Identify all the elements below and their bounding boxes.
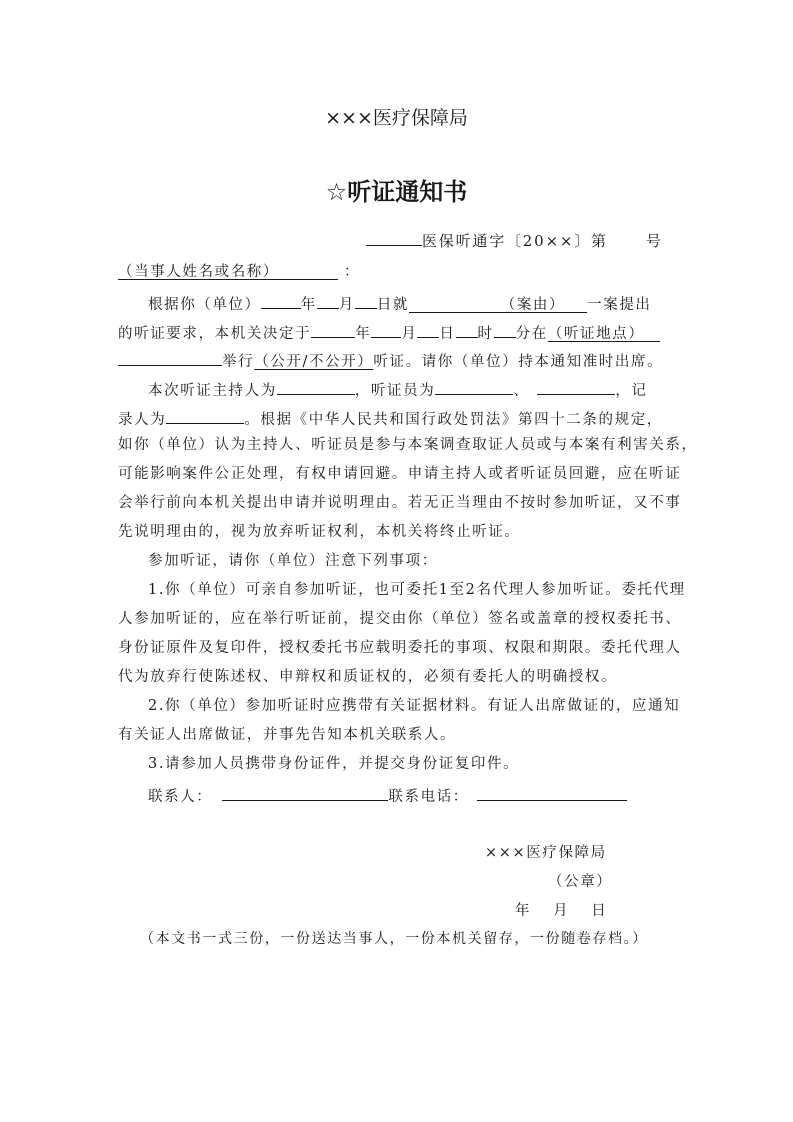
contact-phone-field[interactable] <box>477 783 627 801</box>
text: 分在 <box>516 326 548 342</box>
case-cause-label: （案由） <box>501 297 565 313</box>
date-year-label: 年 <box>515 903 531 919</box>
contact-person-field[interactable] <box>222 783 388 801</box>
item3-line1: 3.请参加人员携带身份证件，并提交身份证复印件。 <box>118 754 708 774</box>
para2-line5: 会举行前向本机关提出申请并说明理由。若无正当理由不按时参加听证，又不事 <box>118 493 678 513</box>
document-page: ×××医疗保障局 ☆听证通知书 医保听通字〔20××〕第号 （当事人姓名或名称）… <box>0 0 793 1122</box>
para2-line6: 先说明理由的，视为放弃听证权利，本机关将终止听证。 <box>118 522 678 542</box>
text: 举行 <box>222 354 254 370</box>
request-day-field[interactable] <box>355 291 377 309</box>
document-number: 医保听通字〔20××〕第号 <box>366 228 663 251</box>
document-title: ☆听证通知书 <box>0 172 793 207</box>
text: 的听证要求，本机关决定于 <box>118 326 311 342</box>
request-year-field[interactable] <box>261 291 301 309</box>
date-day-label: 日 <box>591 903 607 919</box>
item1-line1: 1.你（单位）可亲自参加听证，也可委托1至2名代理人参加听证。委托代理 <box>118 580 708 600</box>
case-cause-field[interactable]: （案由） <box>409 295 587 313</box>
hearing-day-field[interactable] <box>417 320 439 338</box>
hearing-year-field[interactable] <box>311 320 355 338</box>
text: 本次听证主持人为 <box>148 383 277 399</box>
text: 听证。请你（单位）持本通知准时出席。 <box>373 354 663 370</box>
request-month-field[interactable] <box>317 291 339 309</box>
hearing-place-label: （听证地点） <box>548 326 645 342</box>
hearing-place-field-cont[interactable] <box>118 348 222 366</box>
hearing-officer-2-field[interactable] <box>537 377 615 395</box>
para1-line2: 的听证要求，本机关决定于年月日时分在（听证地点） <box>118 320 678 344</box>
recorder-field[interactable] <box>166 406 244 424</box>
para2-line3: 如你（单位）认为主持人、听证员是参与本案调查取证人员或与本案有利害关系， <box>118 435 678 455</box>
addressee-field[interactable]: （当事人姓名或名称） <box>118 262 338 280</box>
hearing-hour-field[interactable] <box>456 320 478 338</box>
doc-prefix-field[interactable] <box>366 228 422 246</box>
item2-line2: 有关证人出席做证，并事先告知本机关联系人。 <box>118 725 678 745</box>
public-option-field[interactable]: （公开/不公开） <box>254 354 373 370</box>
text: 月 <box>401 326 417 342</box>
signature-date: 年月日 <box>515 899 607 920</box>
text: 日 <box>439 326 455 342</box>
doc-number-suffix: 号 <box>646 232 663 250</box>
item1-line2: 人参加听证的，应在举行听证前，提交由你（单位）签名或盖章的授权委托书、 <box>118 609 678 629</box>
text: 。根据《中华人民共和国行政处罚法》第四十二条的规定， <box>244 412 663 428</box>
presider-field[interactable] <box>277 377 355 395</box>
para2-line1: 本次听证主持人为，听证员为、，记 <box>118 377 708 401</box>
doc-number-text: 医保听通字〔20××〕第 <box>422 232 608 250</box>
text: 年 <box>301 297 317 313</box>
contact-line: 联系人：联系电话： <box>118 783 708 807</box>
copies-footnote: （本文书一式三份，一份送达当事人，一份本机关留存，一份随卷存档。） <box>140 928 648 948</box>
para1-line1: 根据你（单位）年月日就（案由）一案提出 <box>118 291 708 315</box>
contact-phone-label: 联系电话： <box>388 789 469 805</box>
signature-agency: ×××医疗保障局 <box>485 841 607 862</box>
text: 录人为 <box>118 412 166 428</box>
agency-header: ×××医疗保障局 <box>0 103 793 130</box>
hearing-officer-1-field[interactable] <box>435 377 513 395</box>
hearing-place-field[interactable]: （听证地点） <box>548 324 660 342</box>
addressee-colon: ： <box>344 264 360 280</box>
hearing-minute-field[interactable] <box>494 320 516 338</box>
signature-seal: （公章） <box>548 870 612 891</box>
text: 一案提出 <box>587 297 651 313</box>
para2-line2: 录人为。根据《中华人民共和国行政处罚法》第四十二条的规定， <box>118 406 678 430</box>
text: ，听证员为 <box>355 383 436 399</box>
notice-intro: 参加听证，请你（单位）注意下列事项： <box>118 551 708 571</box>
para1-line3: 举行（公开/不公开）听证。请你（单位）持本通知准时出席。 <box>118 348 678 372</box>
text: 月 <box>339 297 355 313</box>
date-month-label: 月 <box>553 903 569 919</box>
text: 年 <box>355 326 371 342</box>
hearing-month-field[interactable] <box>371 320 401 338</box>
para2-line4: 可能影响案件公正处理，有权申请回避。申请主持人或者听证员回避，应在听证 <box>118 464 678 484</box>
text: 根据你（单位） <box>148 297 261 313</box>
contact-person-label: 联系人： <box>148 789 212 805</box>
text: 时 <box>478 326 494 342</box>
addressee-line: （当事人姓名或名称）： <box>118 262 678 282</box>
text: 日就 <box>377 297 409 313</box>
item1-line3: 身份证原件及复印件，授权委托书应载明委托的事项、权限和期限。委托代理人 <box>118 638 678 658</box>
addressee-label: （当事人姓名或名称） <box>118 264 279 280</box>
item2-line1: 2.你（单位）参加听证时应携带有关证据材料。有证人出席做证的，应通知 <box>118 696 708 716</box>
item1-line4: 代为放弃行使陈述权、申辩权和质证权的，必须有委托人的明确授权。 <box>118 667 678 687</box>
text: 、 <box>513 383 529 399</box>
text: ，记 <box>615 383 647 399</box>
